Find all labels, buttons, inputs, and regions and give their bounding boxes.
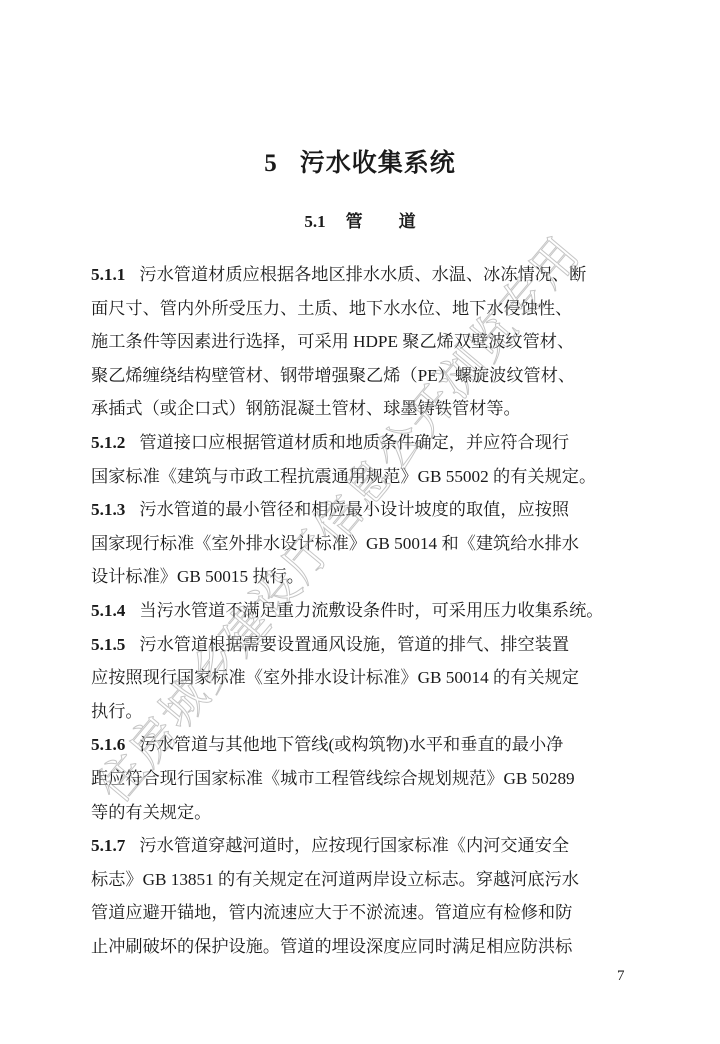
clause-line: 5.1.2管道接口应根据管道材质和地质条件确定，并应符合现行: [91, 426, 631, 460]
clause-line: 国家现行标准《室外排水设计标准》GB 50014 和《建筑给水排水: [91, 527, 631, 561]
document-body: 5.1.1污水管道材质应根据各地区排水水质、水温、冰冻情况、断 面尺寸、管内外所…: [91, 258, 631, 963]
clause-5-1-6: 5.1.6污水管道与其他地下管线(或构筑物)水平和垂直的最小净 距应符合现行国家…: [91, 728, 631, 829]
clause-line: 执行。: [91, 695, 631, 729]
section-number: 5.1: [304, 212, 325, 231]
clause-line: 承插式（或企口式）钢筋混凝土管材、球墨铸铁管材等。: [91, 392, 631, 426]
section-title: 5.1管道: [0, 207, 720, 232]
page-number: 7: [617, 968, 625, 985]
clause-line: 应按照现行国家标准《室外排水设计标准》GB 50014 的有关规定: [91, 661, 631, 695]
clause-line: 国家标准《建筑与市政工程抗震通用规范》GB 55002 的有关规定。: [91, 460, 631, 494]
chapter-number: 5: [264, 150, 278, 177]
clause-line: 止冲刷破坏的保护设施。管道的埋设深度应同时满足相应防洪标: [91, 930, 631, 964]
section-title-part2: 道: [399, 212, 416, 231]
clause-line: 距应符合现行国家标准《城市工程管线综合规划规范》GB 50289: [91, 762, 631, 796]
section-title-part1: 管: [346, 212, 363, 231]
clause-line: 5.1.7污水管道穿越河道时，应按现行国家标准《内河交通安全: [91, 829, 631, 863]
clause-line: 5.1.6污水管道与其他地下管线(或构筑物)水平和垂直的最小净: [91, 728, 631, 762]
clause-5-1-5: 5.1.5污水管道根据需要设置通风设施，管道的排气、排空装置 应按照现行国家标准…: [91, 628, 631, 729]
clause-line: 设计标准》GB 50015 执行。: [91, 560, 631, 594]
clause-5-1-1: 5.1.1污水管道材质应根据各地区排水水质、水温、冰冻情况、断 面尺寸、管内外所…: [91, 258, 631, 426]
clause-number: 5.1.5: [91, 635, 125, 654]
clause-number: 5.1.2: [91, 433, 125, 452]
clause-line: 5.1.1污水管道材质应根据各地区排水水质、水温、冰冻情况、断: [91, 258, 631, 292]
clause-number: 5.1.1: [91, 265, 125, 284]
clause-line: 面尺寸、管内外所受压力、土质、地下水水位、地下水侵蚀性、: [91, 292, 631, 326]
clause-line: 施工条件等因素进行选择，可采用 HDPE 聚乙烯双壁波纹管材、: [91, 325, 631, 359]
clause-line: 聚乙烯缠绕结构壁管材、钢带增强聚乙烯（PE）螺旋波纹管材、: [91, 359, 631, 393]
clause-line: 等的有关规定。: [91, 796, 631, 830]
chapter-title-text: 污水收集系统: [300, 150, 456, 177]
clause-line: 5.1.3污水管道的最小管径和相应最小设计坡度的取值，应按照: [91, 493, 631, 527]
clause-5-1-2: 5.1.2管道接口应根据管道材质和地质条件确定，并应符合现行 国家标准《建筑与市…: [91, 426, 631, 493]
clause-number: 5.1.6: [91, 735, 125, 754]
chapter-title: 5污水收集系统: [0, 143, 720, 179]
clause-line: 5.1.5污水管道根据需要设置通风设施，管道的排气、排空装置: [91, 628, 631, 662]
clause-5-1-3: 5.1.3污水管道的最小管径和相应最小设计坡度的取值，应按照 国家现行标准《室外…: [91, 493, 631, 594]
clause-line: 5.1.4当污水管道不满足重力流敷设条件时，可采用压力收集系统。: [91, 594, 631, 628]
clause-line: 标志》GB 13851 的有关规定在河道两岸设立标志。穿越河底污水: [91, 863, 631, 897]
clause-number: 5.1.7: [91, 836, 125, 855]
clause-line: 管道应避开锚地，管内流速应大于不淤流速。管道应有检修和防: [91, 896, 631, 930]
clause-5-1-7: 5.1.7污水管道穿越河道时，应按现行国家标准《内河交通安全 标志》GB 138…: [91, 829, 631, 963]
document-page: 5污水收集系统 5.1管道 5.1.1污水管道材质应根据各地区排水水质、水温、冰…: [0, 0, 720, 1044]
clause-5-1-4: 5.1.4当污水管道不满足重力流敷设条件时，可采用压力收集系统。: [91, 594, 631, 628]
clause-number: 5.1.3: [91, 500, 125, 519]
clause-number: 5.1.4: [91, 601, 125, 620]
